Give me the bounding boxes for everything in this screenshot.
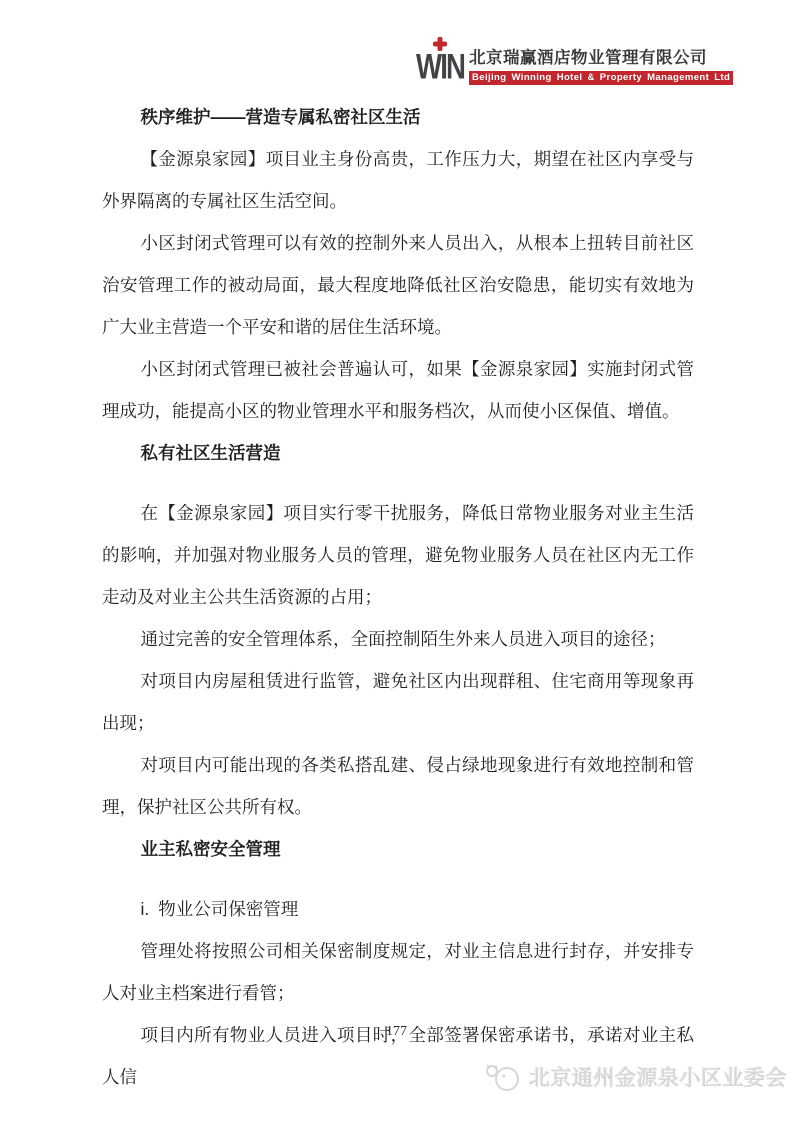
paragraph: 小区封闭式管理已被社会普遍认可，如果【金源泉家园】实施封闭式管理成功，能提高小区… [102, 348, 694, 432]
watermark: 北京通州金源泉小区业委会 [484, 1062, 787, 1092]
paragraph: 对项目内可能出现的各类私搭乱建、侵占绿地现象进行有效地控制和管理，保护社区公共所… [102, 744, 694, 828]
company-logo: WIN 北京瑞赢酒店物业管理有限公司 Beijing Winning Hotel… [416, 38, 733, 90]
list-item: i.物业公司保密管理 [102, 888, 694, 930]
list-item-marker: i. [141, 899, 150, 919]
list-item-label: 物业公司保密管理 [158, 899, 298, 919]
section-heading: 秩序维护——营造专属私密社区生活 [102, 96, 694, 138]
company-name-cn: 北京瑞赢酒店物业管理有限公司 [469, 48, 733, 69]
section-heading: 业主私密安全管理 [102, 828, 694, 870]
page-number: 177 [0, 1024, 793, 1040]
paragraph: 小区封闭式管理可以有效的控制外来人员出入，从根本上扭转目前社区治安管理工作的被动… [102, 222, 694, 348]
paragraph: 管理处将按照公司相关保密制度规定，对业主信息进行封存，并安排专人对业主档案进行看… [102, 930, 694, 1014]
document-body: 秩序维护——营造专属私密社区生活 【金源泉家园】项目业主身份高贵，工作压力大，期… [102, 96, 694, 1098]
watermark-text: 北京通州金源泉小区业委会 [529, 1062, 787, 1092]
company-name-en: Beijing Winning Hotel & Property Managem… [469, 71, 733, 85]
win-logo-letters: WIN [416, 50, 464, 85]
win-logo-mark: WIN [416, 50, 462, 90]
paragraph: 通过完善的安全管理体系，全面控制陌生外来人员进入项目的途径； [102, 618, 694, 660]
watermark-emblem-icon [484, 1062, 522, 1092]
paragraph: 【金源泉家园】项目业主身份高贵，工作压力大，期望在社区内享受与外界隔离的专属社区… [102, 138, 694, 222]
company-name-block: 北京瑞赢酒店物业管理有限公司 Beijing Winning Hotel & P… [469, 48, 733, 85]
section-heading: 私有社区生活营造 [102, 432, 694, 474]
paragraph: 在【金源泉家园】项目实行零干扰服务，降低日常物业服务对业主生活的影响，并加强对物… [102, 492, 694, 618]
paragraph: 对项目内房屋租赁进行监管，避免社区内出现群租、住宅商用等现象再出现； [102, 660, 694, 744]
